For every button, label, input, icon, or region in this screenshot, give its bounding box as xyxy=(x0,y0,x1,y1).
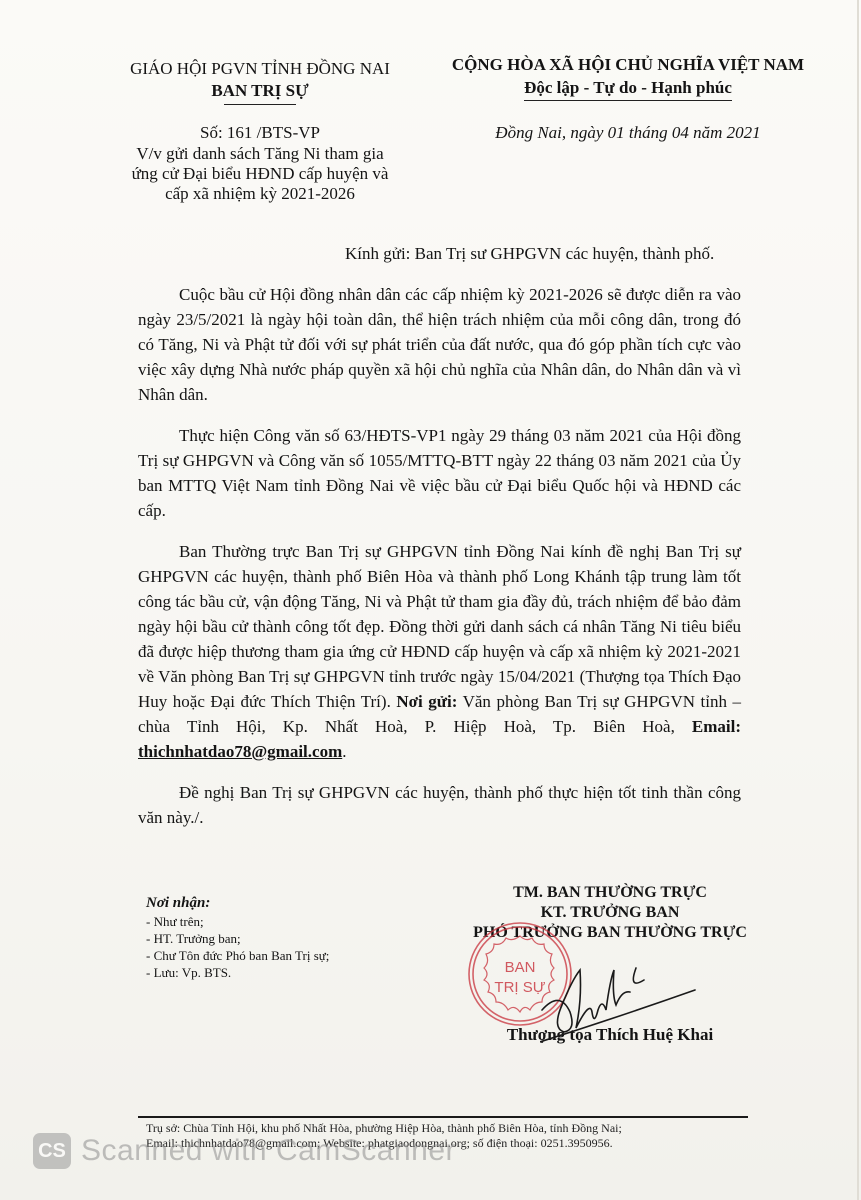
department-underline xyxy=(224,104,296,105)
svg-text:TRỊ SỰ: TRỊ SỰ xyxy=(494,979,545,996)
paragraph-1: Cuộc bầu cử Hội đồng nhân dân các cấp nh… xyxy=(138,282,741,407)
watermark-text: Scanned with CamScanner xyxy=(81,1134,456,1168)
paragraph-3: Ban Thường trực Ban Trị sự GHPGVN tỉnh Đ… xyxy=(138,539,741,764)
reference-number: Số: 161 /BTS-VP xyxy=(95,122,425,144)
send-to-label: Nơi gửi: xyxy=(396,692,457,711)
camscanner-watermark: CS Scanned with CamScanner xyxy=(33,1133,456,1169)
issuer-header: GIÁO HỘI PGVN TỈNH ĐỒNG NAI BAN TRỊ SỰ S… xyxy=(95,58,425,204)
national-motto: Độc lập - Tự do - Hạnh phúc xyxy=(524,76,732,101)
national-header: CỘNG HÒA XÃ HỘI CHỦ NGHĨA VIỆT NAM Độc l… xyxy=(418,53,838,144)
recipient-item: - Lưu: Vp. BTS. xyxy=(146,964,329,981)
scan-edge xyxy=(857,0,859,1200)
recipients-list: Nơi nhận: - Như trên; - HT. Trưởng ban; … xyxy=(146,895,329,981)
camscanner-logo-icon: CS xyxy=(33,1133,71,1169)
subject-line-2: ứng cử Đại biểu HĐND cấp huyện và xyxy=(95,164,425,184)
issuer-organization: GIÁO HỘI PGVN TỈNH ĐỒNG NAI xyxy=(95,58,425,80)
recipient-item: - Như trên; xyxy=(146,913,329,930)
recipient-item: - Chư Tôn đức Phó ban Ban Trị sự; xyxy=(146,947,329,964)
subject-line-3: cấp xã nhiệm kỳ 2021-2026 xyxy=(95,184,425,204)
subject-line-1: V/v gửi danh sách Tăng Ni tham gia xyxy=(95,144,425,164)
svg-text:BAN: BAN xyxy=(505,959,536,976)
paragraph-2: Thực hiện Công văn số 63/HĐTS-VP1 ngày 2… xyxy=(138,423,741,523)
recipients-title: Nơi nhận: xyxy=(146,895,329,912)
document-page: GIÁO HỘI PGVN TỈNH ĐỒNG NAI BAN TRỊ SỰ S… xyxy=(0,0,861,1200)
signature-title-1: TM. BAN THƯỜNG TRỰC xyxy=(440,883,780,903)
issuer-department: BAN TRỊ SỰ xyxy=(95,80,425,102)
footer-divider xyxy=(138,1116,748,1118)
paragraph-3-main: Ban Thường trực Ban Trị sự GHPGVN tỉnh Đ… xyxy=(138,542,741,711)
email-label: Email: xyxy=(692,717,741,736)
paragraph-4: Đề nghị Ban Trị sự GHPGVN các huyện, thà… xyxy=(138,780,741,830)
recipient-item: - HT. Trưởng ban; xyxy=(146,930,329,947)
email-link[interactable]: thichnhatdao78@gmail.com xyxy=(138,742,342,761)
paragraph-3-end: . xyxy=(342,742,346,761)
place-date: Đồng Nai, ngày 01 tháng 04 năm 2021 xyxy=(418,121,838,144)
nation-title: CỘNG HÒA XÃ HỘI CHỦ NGHĨA VIỆT NAM xyxy=(418,53,838,76)
handwritten-signature-icon xyxy=(540,950,700,1050)
letter-body: Cuộc bầu cử Hội đồng nhân dân các cấp nh… xyxy=(138,282,741,846)
addressee: Kính gửi: Ban Trị sư GHPGVN các huyện, t… xyxy=(345,244,714,264)
